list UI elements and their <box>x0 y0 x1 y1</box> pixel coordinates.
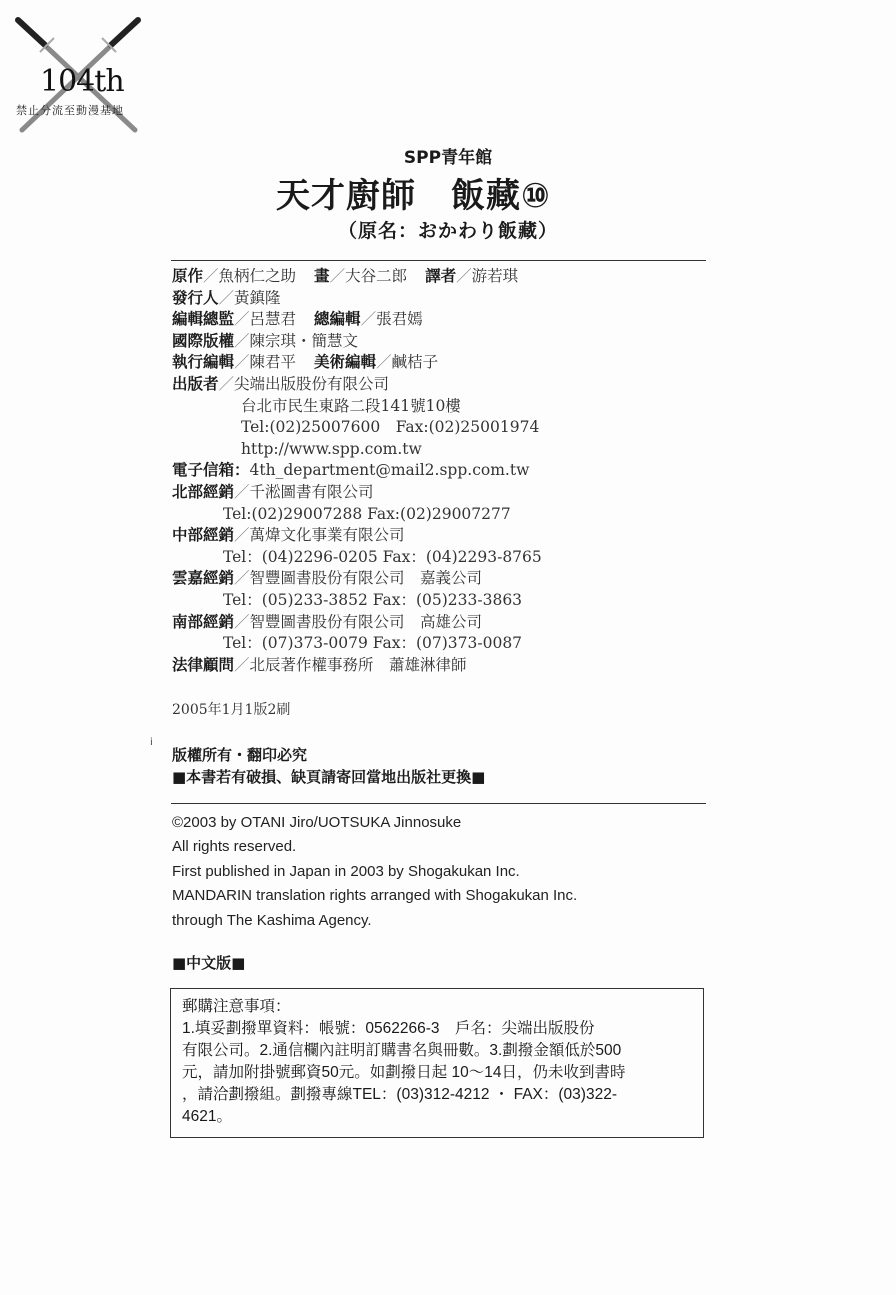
copyright-line: All rights reserved. <box>172 835 577 859</box>
credits-block: 原作／魚柄仁之助畫／大谷二郎譯者／游若琪 發行人／黃鎮隆 編輯總監／呂慧君總編輯… <box>172 266 542 676</box>
damage-notice: ■本書若有破損、缺頁請寄回當地出版社更換■ <box>172 766 485 787</box>
credits-row-creators: 原作／魚柄仁之助畫／大谷二郎譯者／游若琪 <box>172 266 542 288</box>
mail-order-line: ，請洽劃撥組。劃撥專線TEL：(03)312-4212 ・ FAX：(03)32… <box>182 1084 697 1106</box>
divider-top <box>171 260 706 261</box>
mail-order-notice-box: 郵購注意事項： 1.填妥劃撥單資料：帳號：0562266-3 戶名：尖端出版股份… <box>170 988 704 1138</box>
original-title: （原名：おかわり飯藏） <box>0 216 896 243</box>
copyright-line: First published in Japan in 2003 by Shog… <box>172 860 577 884</box>
series-name: SPP青年館 <box>0 143 896 168</box>
email-link[interactable]: 4th_department@mail2.spp.com.tw <box>250 461 530 479</box>
credits-row-north-distributor: 北部經銷／千淞圖書有限公司 <box>172 482 542 504</box>
watermark-logo: 104th 禁止分流至動漫基地 <box>10 12 160 137</box>
north-contact: Tel:(02)29007288 Fax:(02)29007277 <box>172 504 542 526</box>
credits-row-central-distributor: 中部經銷／萬煒文化事業有限公司 <box>172 525 542 547</box>
credit-value: 游若琪 <box>472 267 519 285</box>
credits-row-publisher: 出版者／尖端出版股份有限公司 <box>172 374 542 396</box>
credits-row-exec-editors: 執行編輯／陳君平美術編輯／鹹桔子 <box>172 352 542 374</box>
book-title: 天才廚師 飯藏⑩ <box>276 168 551 217</box>
publisher-address: 台北市民生東路二段141號10樓 <box>172 396 542 418</box>
divider-bottom <box>171 803 706 804</box>
south-contact: Tel：(07)373-0079 Fax：(07)373-0087 <box>172 633 542 655</box>
publisher-url: http://www.spp.com.tw <box>172 439 542 461</box>
copyright-line: through The Kashima Agency. <box>172 909 577 933</box>
mail-order-line: 1.填妥劃撥單資料：帳號：0562266-3 戶名：尖端出版股份 <box>182 1018 697 1040</box>
credit-label: 畫 <box>314 267 330 285</box>
credits-row-legal: 法律顧問／北辰著作權事務所 蕭雄淋律師 <box>172 655 542 677</box>
chiayi-contact: Tel：(05)233-3852 Fax：(05)233-3863 <box>172 590 542 612</box>
edition-info: 2005年1月1版2刷 <box>172 699 290 719</box>
credit-label: 譯者 <box>425 267 456 285</box>
watermark-label: 104th <box>40 64 124 99</box>
credit-label: 原作 <box>172 267 203 285</box>
copyright-line: ©2003 by OTANI Jiro/UOTSUKA Jinnosuke <box>172 811 577 835</box>
mail-order-line: 有限公司。2.通信欄內註明訂購書名與冊數。3.劃撥金額低於500 <box>182 1040 697 1062</box>
copyright-line: MANDARIN translation rights arranged wit… <box>172 884 577 908</box>
chinese-edition-label: ■中文版■ <box>172 952 245 973</box>
credit-value: 大谷二郎 <box>345 267 407 285</box>
publisher-url-link[interactable]: http://www.spp.com.tw <box>241 440 422 458</box>
credits-row-email: 電子信箱：4th_department@mail2.spp.com.tw <box>172 460 542 482</box>
publisher-tel-fax: Tel:(02)25007600 Fax:(02)25001974 <box>172 417 542 439</box>
credits-row-south-distributor: 南部經銷／智豐圖書股份有限公司 高雄公司 <box>172 612 542 634</box>
mail-order-line: 4621。 <box>182 1106 697 1128</box>
english-copyright: ©2003 by OTANI Jiro/UOTSUKA Jinnosuke Al… <box>172 811 577 933</box>
mail-order-title: 郵購注意事項： <box>182 996 697 1018</box>
credits-row-editors: 編輯總監／呂慧君總編輯／張君嫣 <box>172 309 542 331</box>
credits-row-chiayi-distributor: 雲嘉經銷／智豐圖書股份有限公司 嘉義公司 <box>172 568 542 590</box>
stray-mark: ⅰ <box>150 737 153 748</box>
credits-row-intl-rights: 國際版權／陳宗琪・簡慧文 <box>172 331 542 353</box>
watermark-sublabel: 禁止分流至動漫基地 <box>16 102 124 118</box>
credit-value: 魚柄仁之助 <box>219 267 297 285</box>
central-contact: Tel：(04)2296-0205 Fax：(04)2293-8765 <box>172 547 542 569</box>
mail-order-line: 元，請加附掛號郵資50元。如劃撥日起 10～14日，仍未收到書時 <box>182 1062 697 1084</box>
credits-row-publisher-person: 發行人／黃鎮隆 <box>172 288 542 310</box>
rights-notice: 版權所有・翻印必究 <box>172 744 307 765</box>
